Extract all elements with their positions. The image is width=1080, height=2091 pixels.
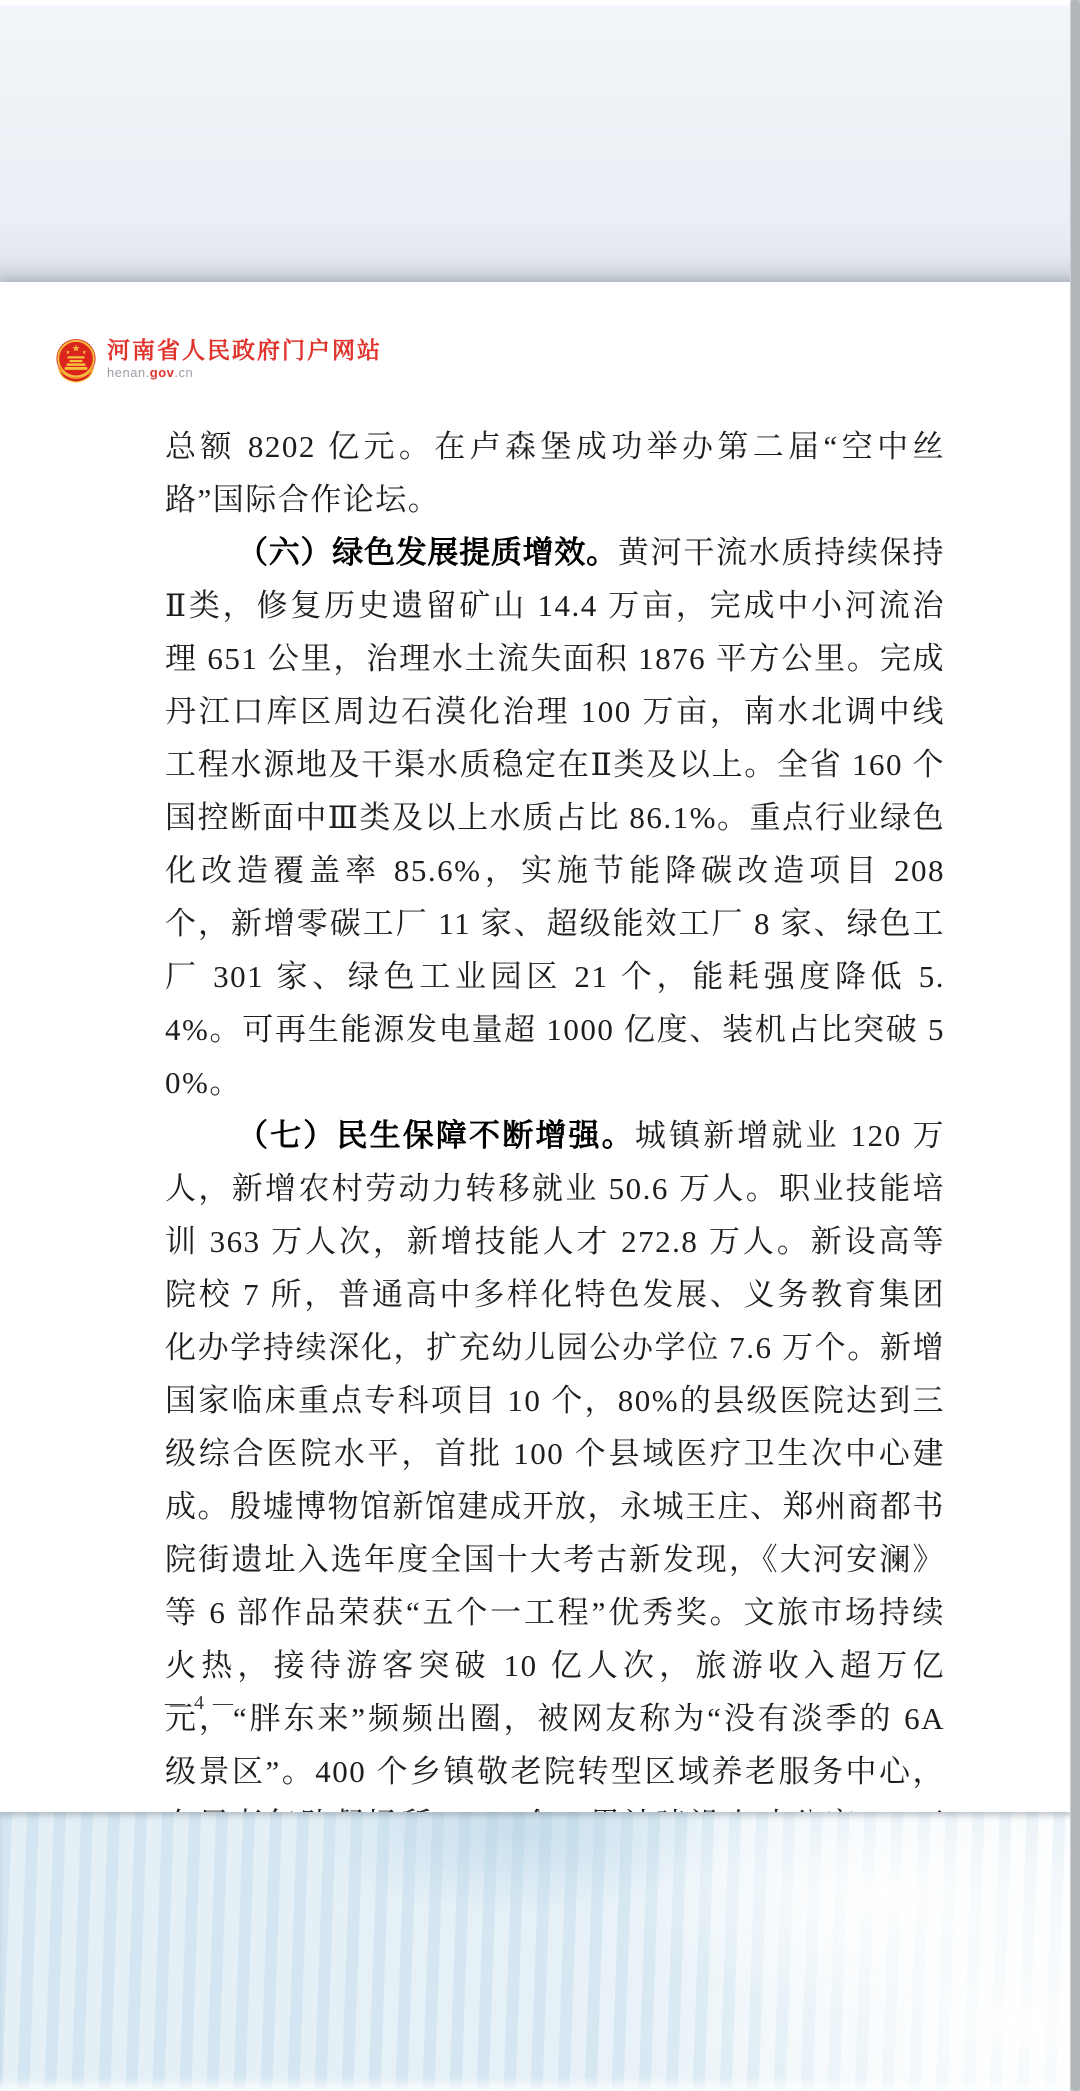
article-page: ★ ★ ★ 河南省人民政府门户网站 henan.gov.cn 总额 8202 亿… (0, 0, 1080, 2091)
section-7-heading: （七）民生保障不断增强。 (237, 1118, 635, 1153)
svg-text:★: ★ (66, 350, 71, 356)
china-national-emblem-icon: ★ ★ ★ (55, 337, 97, 386)
paragraph-section-6: （六）绿色发展提质增效。黄河干流水质持续保持Ⅱ类，修复历史遗留矿山 14.4 万… (165, 526, 945, 1109)
page-top-gap (0, 0, 1080, 282)
scrollbar[interactable] (1070, 0, 1080, 2091)
page-bottom-gap (0, 1812, 1080, 2091)
svg-text:★: ★ (72, 343, 81, 354)
paragraph-section-7: （七）民生保障不断增强。城镇新增就业 120 万人，新增农村劳动力转移就业 50… (165, 1109, 945, 1904)
site-logo-link[interactable]: ★ ★ ★ 河南省人民政府门户网站 henan.gov.cn (55, 337, 382, 386)
document-sheet: ★ ★ ★ 河南省人民政府门户网站 henan.gov.cn 总额 8202 亿… (0, 282, 1080, 1812)
page-number: — 4 — (165, 1692, 235, 1715)
paragraph-continuation: 总额 8202 亿元。在卢森堡成功举办第二届“空中丝路”国际合作论坛。 (165, 420, 945, 526)
scrollbar-thumb[interactable] (1071, 0, 1080, 2091)
svg-text:★: ★ (82, 350, 87, 356)
document-text: 总额 8202 亿元。在卢森堡成功举办第二届“空中丝路”国际合作论坛。 （六）绿… (165, 420, 945, 1904)
section-6-heading: （六）绿色发展提质增效。 (237, 535, 618, 570)
site-domain: henan.gov.cn (107, 365, 382, 380)
brand-text: 河南省人民政府门户网站 henan.gov.cn (107, 337, 382, 380)
site-title: 河南省人民政府门户网站 (107, 337, 382, 363)
